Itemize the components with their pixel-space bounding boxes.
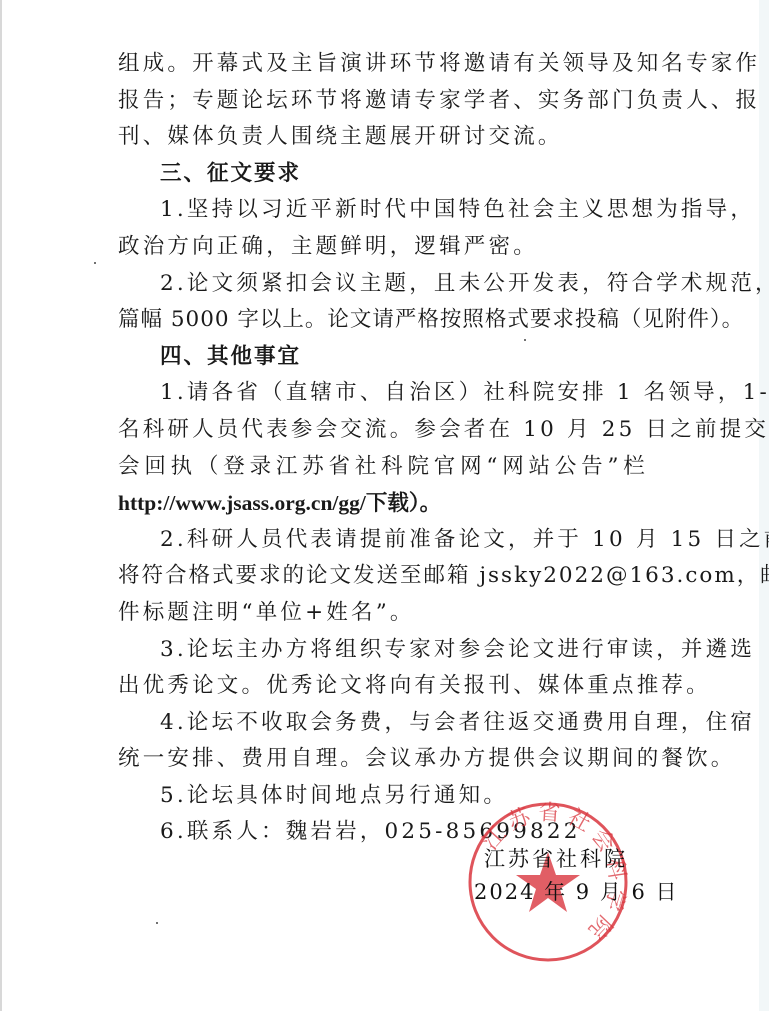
scan-speck (94, 262, 96, 264)
text-line: 篇幅 5000 字以上。论文请严格按照格式要求投稿（见附件）。 (118, 302, 648, 339)
document-body: 组成。开幕式及主旨演讲环节将邀请有关领导及知名专家作 报告；专题论坛环节将邀请专… (118, 46, 658, 851)
text-line: 1.坚持以习近平新时代中国特色社会主义思想为指导， (118, 192, 648, 229)
text-line: 会回执（登录江苏省社科院官网“网站公告”栏 (118, 449, 648, 486)
text-line: 刊、媒体负责人围绕主题展开研讨交流。 (118, 119, 648, 156)
text-line: 名科研人员代表参会交流。参会者在 10 月 25 日之前提交参 (118, 412, 648, 449)
text-line: 4.论坛不收取会务费，与会者往返交通费用自理，住宿 (118, 705, 648, 742)
text-line: 1.请各省（直辖市、自治区）社科院安排 1 名领导，1-2 (118, 375, 648, 412)
section-heading-4: 四、其他事宜 (118, 339, 648, 376)
text-line: 出优秀论文。优秀论文将向有关报刊、媒体重点推荐。 (118, 668, 648, 705)
signature-date: 2024 年 9 月 6 日 (474, 876, 679, 906)
page-edge (759, 0, 769, 1011)
scan-speck (156, 922, 158, 924)
text-line: 报告；专题论坛环节将邀请专家学者、实务部门负责人、报 (118, 83, 648, 120)
signature-organization: 江苏省社科院 (484, 843, 628, 873)
scan-speck (524, 339, 526, 341)
text-line: 件标题注明“单位+姓名”。 (118, 595, 648, 632)
section-heading-3: 三、征文要求 (118, 156, 648, 193)
text-line: 组成。开幕式及主旨演讲环节将邀请有关领导及知名专家作 (118, 46, 648, 83)
text-line: 政治方向正确，主题鲜明，逻辑严密。 (118, 229, 648, 266)
page-edge (0, 0, 2, 1011)
text-line: 统一安排、费用自理。会议承办方提供会议期间的餐饮。 (118, 741, 648, 778)
website-link[interactable]: http://www.jsass.org.cn/gg/下载）。 (118, 485, 648, 522)
email-line[interactable]: 将符合格式要求的论文发送至邮箱 jssky2022@163.com，邮 (118, 558, 648, 595)
text-line: 3.论坛主办方将组织专家对参会论文进行审读，并遴选 (118, 632, 648, 669)
text-line: 2.论文须紧扣会议主题，且未公开发表，符合学术规范， (118, 266, 648, 303)
text-line: 2.科研人员代表请提前准备论文，并于 10 月 15 日之前 (118, 522, 648, 559)
